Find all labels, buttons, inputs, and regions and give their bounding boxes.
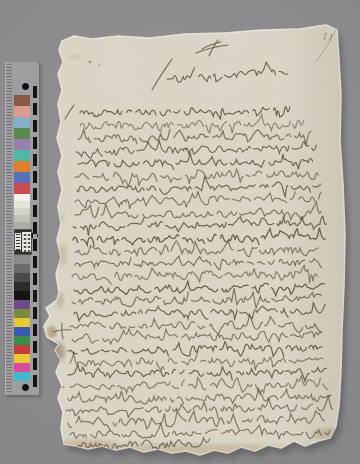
manuscript-photo: 11 [0,0,360,464]
folio-number: 11 [322,32,335,44]
photo-background: 11 [0,0,360,464]
